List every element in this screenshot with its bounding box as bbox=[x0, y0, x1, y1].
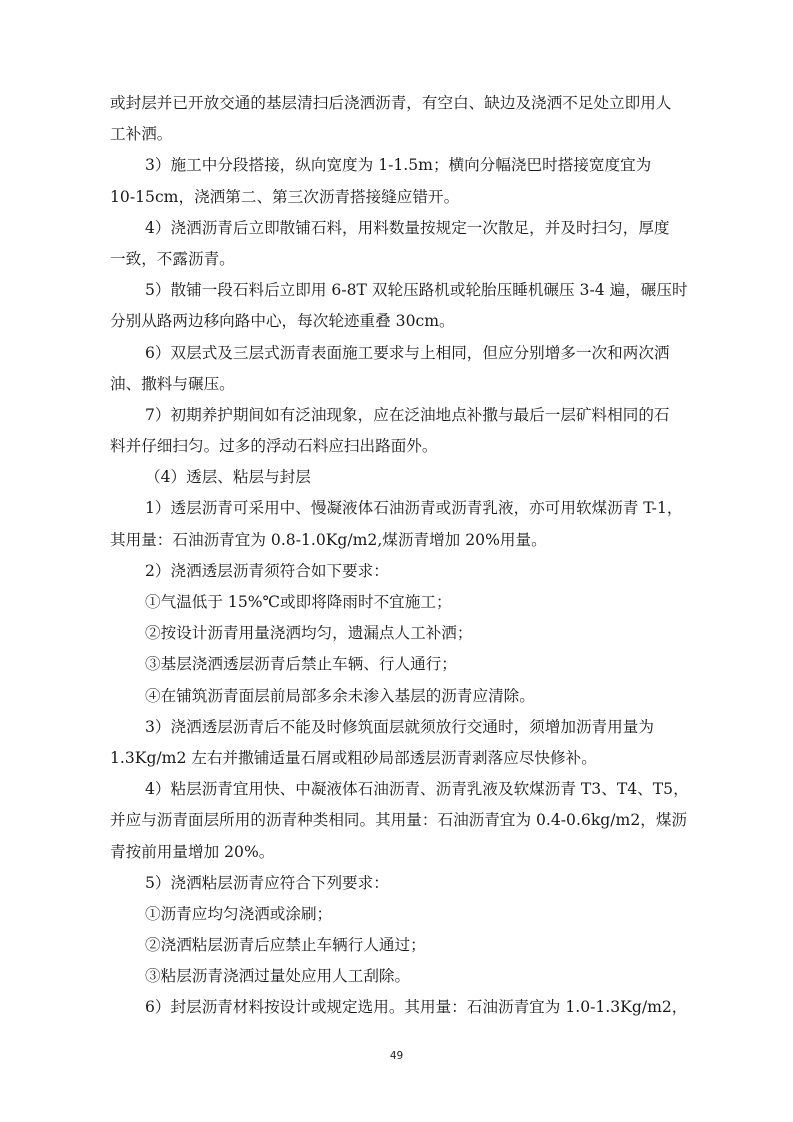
text-line-12: 料并仔细扫匀。过多的浮动石料应扫出路面外。 bbox=[110, 431, 684, 462]
page-number: 49 bbox=[0, 1050, 793, 1062]
text-line-11: 7）初期养护期间如有泛油现象，应在泛油地点补撒与最后一层矿料相同的石 bbox=[110, 400, 684, 431]
text-line-6: 一致，不露沥青。 bbox=[110, 244, 684, 275]
text-line-16: 2）浇洒透层沥青须符合如下要求： bbox=[110, 556, 684, 587]
text-line-15: 其用量：石油沥青宜为 0.8-1.0Kg/m2,煤沥青增加 20%用量。 bbox=[110, 525, 684, 556]
section-heading: （4）透层、粘层与封层 bbox=[110, 462, 684, 493]
text-line-14: 1）透层沥青可采用中、慢凝液体石油沥青或沥青乳液，亦可用软煤沥青 T-1， bbox=[110, 493, 684, 524]
text-line-1: 或封层并已开放交通的基层清扫后浇洒沥青，有空白、缺边及浇洒不足处立即用人 bbox=[110, 88, 684, 119]
text-line-7: 5）散铺一段石料后立即用 6-8T 双轮压路机或轮胎压睡机碾压 3-4 遍，碾压… bbox=[110, 275, 684, 306]
list-item-6: ②浇洒粘层沥青后应禁止车辆行人通过； bbox=[110, 930, 684, 961]
document-page: 或封层并已开放交通的基层清扫后浇洒沥青，有空白、缺边及浇洒不足处立即用人 工补洒… bbox=[0, 0, 793, 1122]
text-line-26: 5）浇洒粘层沥青应符合下列要求： bbox=[110, 868, 684, 899]
list-item-3: ③基层浇洒透层沥青后禁止车辆、行人通行； bbox=[110, 649, 684, 680]
text-line-3: 3）施工中分段搭接，纵向宽度为 1-1.5m；横向分幅浇巴时搭接宽度宜为 bbox=[110, 150, 684, 181]
list-item-2: ②按设计沥青用量浇洒均匀，遗漏点人工补洒； bbox=[110, 618, 684, 649]
text-line-2: 工补洒。 bbox=[110, 119, 684, 150]
list-item-7: ③粘层沥青浇洒过量处应用人工刮除。 bbox=[110, 961, 684, 992]
text-line-24: 并应与沥青面层所用的沥青种类相同。其用量：石油沥青宜为 0.4-0.6kg/m2… bbox=[110, 805, 684, 836]
text-line-10: 油、撒料与碾压。 bbox=[110, 369, 684, 400]
list-item-1: ①气温低于 15%℃或即将降雨时不宜施工； bbox=[110, 587, 684, 618]
text-line-5: 4）浇洒沥青后立即散铺石料，用料数量按规定一次散足，并及时扫匀，厚度 bbox=[110, 213, 684, 244]
list-item-5: ①沥青应均匀浇洒或涂刷； bbox=[110, 899, 684, 930]
text-line-4: 10-15cm，浇洒第二、第三次沥青搭接缝应错开。 bbox=[110, 182, 684, 213]
text-line-25: 青按前用量增加 20%。 bbox=[110, 837, 684, 868]
text-line-30: 6）封层沥青材料按设计或规定选用。其用量：石油沥青宜为 1.0-1.3Kg/m2… bbox=[110, 992, 684, 1023]
text-line-22: 1.3Kg/m2 左右并撒铺适量石屑或粗砂局部透层沥青剥落应尽快修补。 bbox=[110, 743, 684, 774]
text-line-9: 6）双层式及三层式沥青表面施工要求与上相同，但应分别增多一次和两次洒 bbox=[110, 338, 684, 369]
text-line-8: 分别从路两边移向路中心，每次轮迹重叠 30cm。 bbox=[110, 306, 684, 337]
text-line-21: 3）浇洒透层沥青后不能及时修筑面层就须放行交通时，须增加沥青用量为 bbox=[110, 712, 684, 743]
body-text: 或封层并已开放交通的基层清扫后浇洒沥青，有空白、缺边及浇洒不足处立即用人 工补洒… bbox=[110, 88, 684, 1024]
text-line-23: 4）粘层沥青宜用快、中凝液体石油沥青、沥青乳液及软煤沥青 T3、T4、T5， bbox=[110, 774, 684, 805]
list-item-4: ④在铺筑沥青面层前局部多余未渗入基层的沥青应清除。 bbox=[110, 681, 684, 712]
